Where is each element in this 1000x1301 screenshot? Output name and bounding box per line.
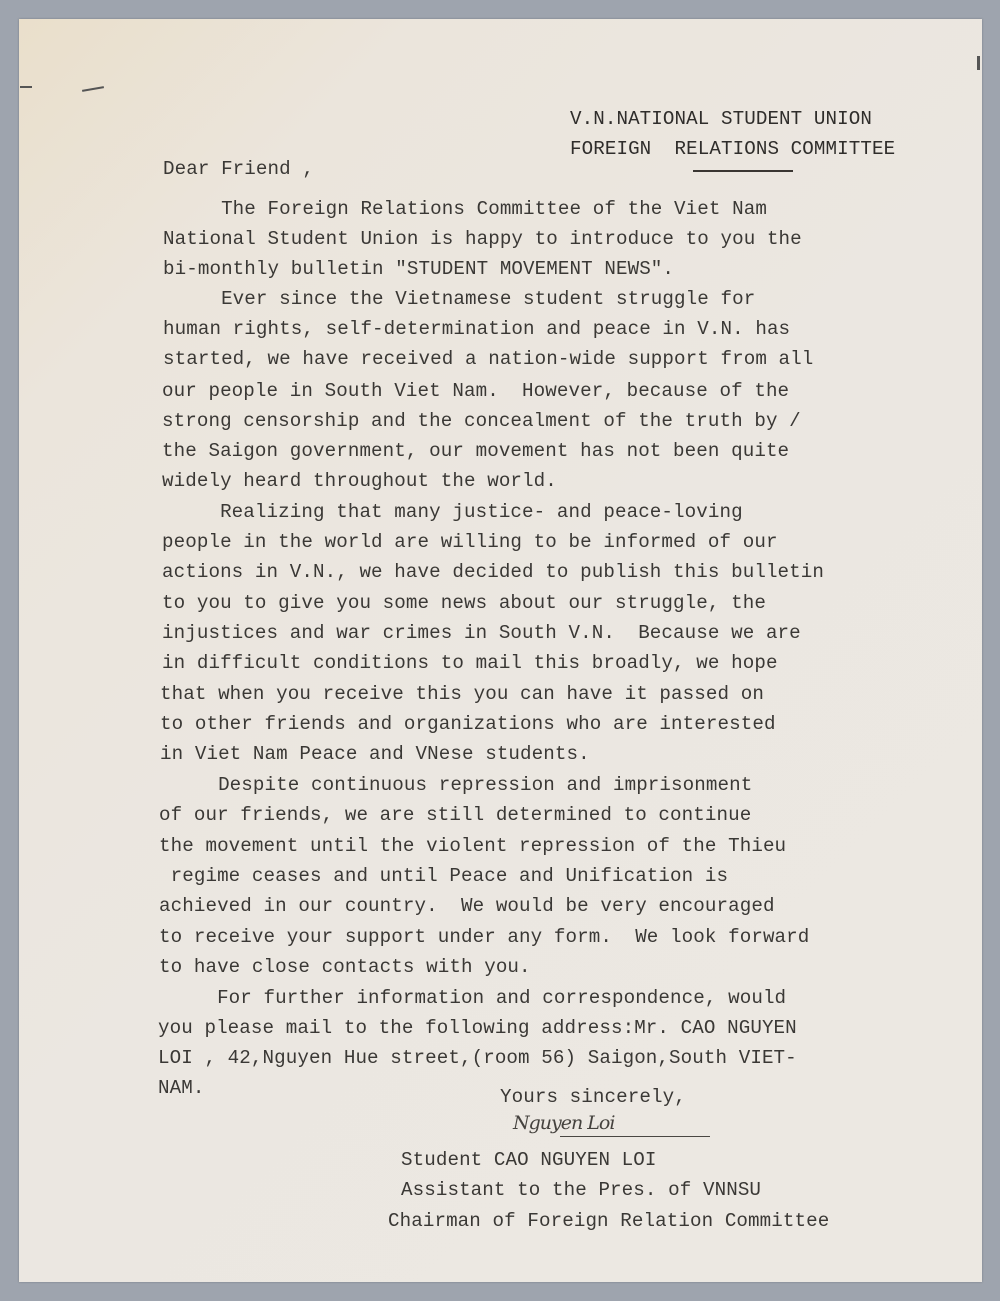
body-line: in difficult conditions to mail this bro… xyxy=(162,652,778,674)
signer-title-2: Chairman of Foreign Relation Committee xyxy=(388,1210,829,1232)
salutation: Dear Friend , xyxy=(163,158,314,180)
margin-mark xyxy=(20,86,32,88)
body-line: actions in V.N., we have decided to publ… xyxy=(162,561,824,583)
body-line: human rights, self-determination and pea… xyxy=(163,318,790,340)
body-line: to have close contacts with you. xyxy=(159,956,531,978)
body-line: injustices and war crimes in South V.N. … xyxy=(162,622,801,644)
signer-title-1: Assistant to the Pres. of VNNSU xyxy=(401,1179,761,1201)
body-line: of our friends, we are still determined … xyxy=(159,804,751,826)
body-line: the Saigon government, our movement has … xyxy=(162,440,789,462)
body-line: Realizing that many justice- and peace-l… xyxy=(162,501,743,523)
body-line: regime ceases and until Peace and Unific… xyxy=(159,865,728,887)
body-line: achieved in our country. We would be ver… xyxy=(159,895,775,917)
body-line: our people in South Viet Nam. However, b… xyxy=(162,380,789,402)
signer-name: Student CAO NGUYEN LOI xyxy=(401,1149,657,1171)
body-line: LOI , 42,Nguyen Hue street,(room 56) Sai… xyxy=(158,1047,797,1069)
handwritten-signature: Nguyen Loi xyxy=(513,1112,614,1134)
valediction: Yours sincerely, xyxy=(500,1086,686,1108)
body-line: that when you receive this you can have … xyxy=(160,683,764,705)
body-line: to other friends and organizations who a… xyxy=(160,713,776,735)
body-line: to receive your support under any form. … xyxy=(159,926,809,948)
body-line: to you to give you some news about our s… xyxy=(162,592,766,614)
body-line: National Student Union is happy to intro… xyxy=(163,228,802,250)
body-line: started, we have received a nation-wide … xyxy=(163,348,813,370)
body-line: the movement until the violent repressio… xyxy=(159,835,786,857)
signature-underline xyxy=(560,1136,710,1137)
margin-mark xyxy=(977,56,980,70)
body-line: Despite continuous repression and impris… xyxy=(160,774,752,796)
body-line: in Viet Nam Peace and VNese students. xyxy=(160,743,590,765)
letterhead-line-2: FOREIGN RELATIONS COMMITTEE xyxy=(570,138,895,160)
body-line: widely heard throughout the world. xyxy=(162,470,557,492)
body-line: Ever since the Vietnamese student strugg… xyxy=(163,288,755,310)
body-line: you please mail to the following address… xyxy=(158,1017,797,1039)
body-line: NAM. xyxy=(158,1077,204,1099)
letterhead-line-1: V.N.NATIONAL STUDENT UNION xyxy=(570,108,872,130)
body-line: bi-monthly bulletin "STUDENT MOVEMENT NE… xyxy=(163,258,674,280)
letterhead-underline xyxy=(693,170,793,172)
body-line: The Foreign Relations Committee of the V… xyxy=(163,198,767,220)
body-line: people in the world are willing to be in… xyxy=(162,531,778,553)
body-line: strong censorship and the concealment of… xyxy=(162,410,801,432)
body-line: For further information and corresponden… xyxy=(159,987,786,1009)
